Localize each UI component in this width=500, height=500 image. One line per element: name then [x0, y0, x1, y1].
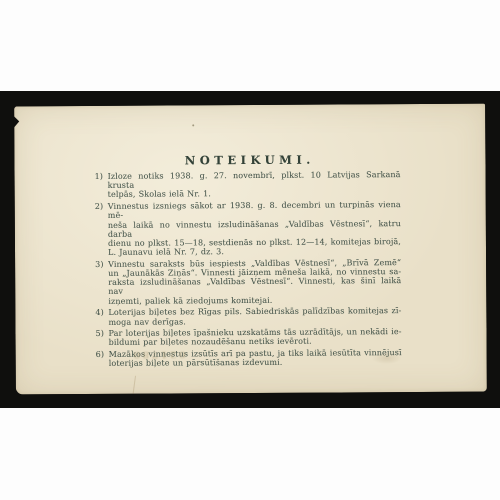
rule-item: 3) Vinnestu saraksts būs iespiests „Vald…: [95, 258, 401, 306]
rule-item: 5) Par loterijas biļetes īpašnieku uzska…: [95, 327, 401, 347]
rule-text: Vinnestus izsniegs sākot ar 1938. g. 8. …: [108, 200, 401, 257]
rules-content: NOTEIKUMI. 1) Izloze notiks 1938. g. 27.…: [94, 153, 401, 371]
rule-number: 5): [95, 329, 104, 338]
rule-number: 6): [96, 350, 105, 359]
rule-item: 4) Loterijas biļetes bez Rīgas pils. Sab…: [95, 306, 401, 326]
rule-text: Vinnestu saraksts būs iespiests „Valdība…: [108, 258, 401, 306]
rule-item: 1) Izloze notiks 1938. g. 27. novembrī, …: [95, 170, 401, 199]
paper-speck: [192, 124, 194, 126]
paper-smudge: [372, 352, 402, 364]
document-card: NOTEIKUMI. 1) Izloze notiks 1938. g. 27.…: [14, 104, 487, 395]
rule-number: 4): [95, 308, 104, 317]
rule-number: 3): [95, 260, 104, 269]
paper-crease: [133, 376, 136, 394]
rules-list: 1) Izloze notiks 1938. g. 27. novembrī, …: [95, 170, 402, 368]
photo-backdrop: NOTEIKUMI. 1) Izloze notiks 1938. g. 27.…: [0, 91, 500, 408]
scan-page: NOTEIKUMI. 1) Izloze notiks 1938. g. 27.…: [0, 0, 500, 500]
rule-number: 1): [95, 172, 104, 181]
rule-text: Loterijas biļetes bez Rīgas pils. Sabied…: [108, 306, 401, 326]
corner-notch: [13, 115, 19, 128]
rule-text: Par loterijas biļetes īpašnieku uzskatām…: [108, 327, 401, 347]
rule-item: 2) Vinnestus izsniegs sākot ar 1938. g. …: [95, 200, 401, 257]
rules-heading: NOTEIKUMI.: [94, 153, 400, 168]
rule-text: Izloze notiks 1938. g. 27. novembrī, plk…: [108, 170, 401, 199]
showthrough-serial: 021780: [124, 348, 186, 359]
rule-number: 2): [95, 202, 104, 211]
